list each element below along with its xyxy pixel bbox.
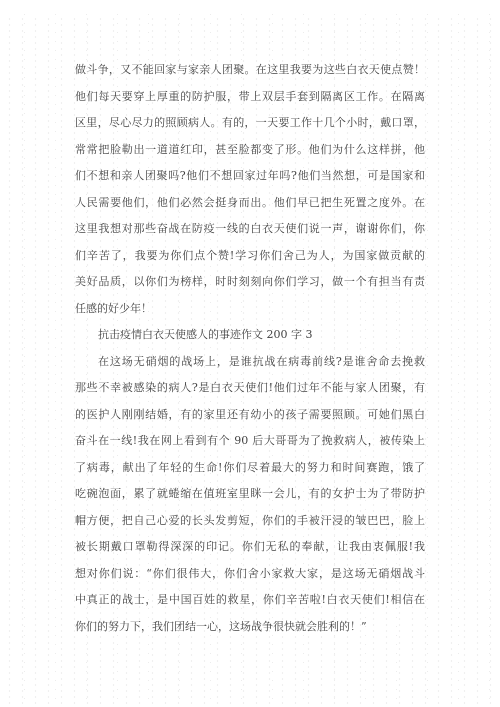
text-line: 任感的好少年！ (75, 296, 425, 323)
text-line: 的医护人刚刚结婚，有的家里还有幼小的孩子需要照顾。可她们黑白 (75, 402, 425, 429)
text-line: 美好品质，以你们为榜样，时时刻刻向你们学习，做一个有担当有责 (75, 269, 425, 296)
text-line: 被长期戴口罩勒得深深的印记。你们无私的奉献，让我由衷佩服!我 (75, 534, 425, 561)
text-line: 想对你们说：“你们很伟大，你们舍小家救大家，是这场无硝烟战斗 (75, 561, 425, 588)
text-line: 在这场无硝烟的战场上，是谁抗战在病毒前线?是谁舍命去挽救 (75, 349, 425, 376)
text-line: 吃碗泡面，累了就蜷缩在值班室里眯一会儿，有的女护士为了带防护 (75, 481, 425, 508)
text-line: 人民需要他们，他们必然会挺身而出。他们早已把生死置之度外。在 (75, 190, 425, 217)
text-line: 们辛苦了，我要为你们点个赞!学习你们舍己为人，为国家做贡献的 (75, 243, 425, 270)
text-line: 做斗争，又不能回家与家亲人团聚。在这里我要为这些白衣天使点赞！ (75, 57, 425, 84)
document-body: 做斗争，又不能回家与家亲人团聚。在这里我要为这些白衣天使点赞！ 他们每天要穿上厚… (75, 57, 425, 640)
text-line: 那些不幸被感染的病人?是白衣天使们!他们过年不能与家人团聚，有 (75, 375, 425, 402)
document-page: 做斗争，又不能回家与家亲人团聚。在这里我要为这些白衣天使点赞！ 他们每天要穿上厚… (0, 0, 500, 707)
text-line: 中真正的战士，是中国百姓的救星，你们辛苦啦!白衣天使们!相信在 (75, 587, 425, 614)
text-line: 区里，尽心尽力的照顾病人。有的，一天要工作十几个小时，戴口罩， (75, 110, 425, 137)
text-line: 奋斗在一线!我在网上看到有个 90 后大哥哥为了挽救病人，被传染上 (75, 428, 425, 455)
text-line: 他们每天要穿上厚重的防护服，带上双层手套到隔离区工作。在隔离 (75, 84, 425, 111)
section-heading: 抗击疫情白衣天使感人的事迹作文 200 字 3 (75, 322, 425, 349)
text-line: 了病毒，献出了年轻的生命!你们尽着最大的努力和时间赛跑，饿了 (75, 455, 425, 482)
text-line: 们不想和亲人团聚吗?他们不想回家过年吗?他们当然想，可是国家和 (75, 163, 425, 190)
text-line: 这里我想对那些奋战在防疫一线的白衣天使们说一声，谢谢你们，你 (75, 216, 425, 243)
text-line: 你们的努力下，我们团结一心，这场战争很快就会胜利的！” (75, 614, 425, 641)
text-line: 常常把脸勒出一道道红印，甚至脸都变了形。他们为什么这样拼，他 (75, 137, 425, 164)
text-line: 帽方便，把自己心爱的长头发剪短，你们的手被汗浸的皱巴巴，脸上 (75, 508, 425, 535)
